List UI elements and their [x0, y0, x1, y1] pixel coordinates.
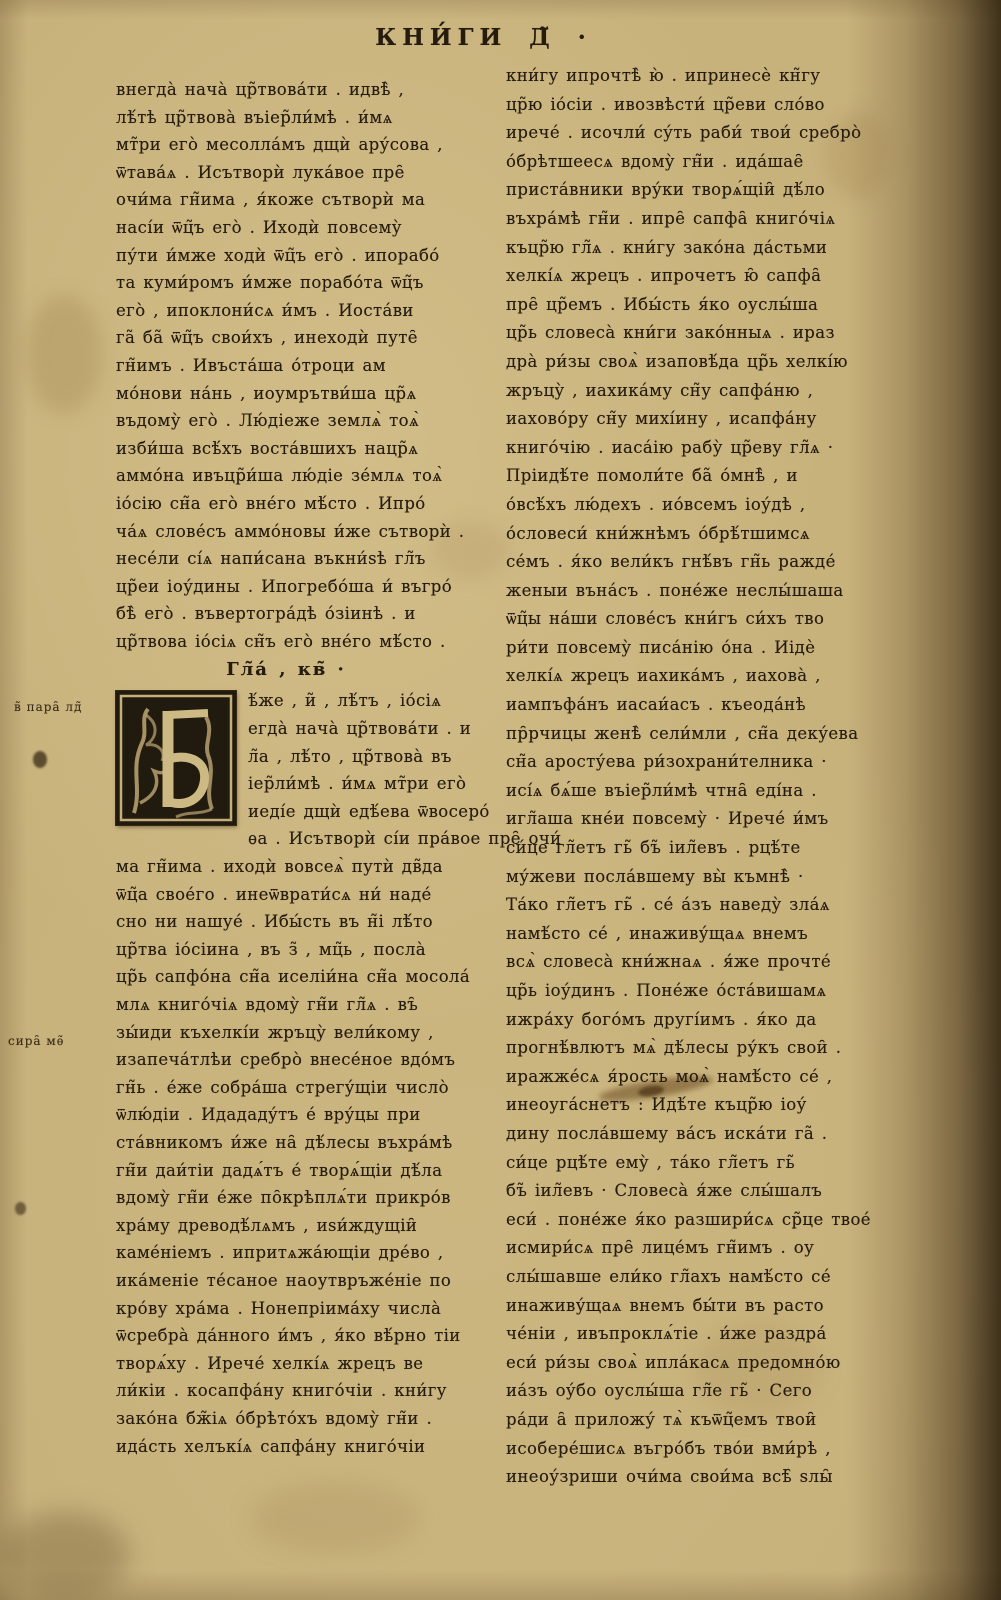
- text-line: зако́на бж̃іѧ о́брѣто́хъ вдому̀ гн̃и .: [116, 1405, 496, 1433]
- text-line: ѿц̃ы на́ши слове́съ кни́гъ си́хъ тво: [506, 605, 898, 634]
- text-line: му́жеви посла́вшему вы̀ къмнѣ̀ ·: [506, 863, 898, 892]
- text-line: игл̃аша кне́и повсему̀ · Ирече́ и́мъ: [506, 805, 898, 834]
- text-line: ли́кіи . косапфа́ну книго́чіи . кни́гу: [116, 1377, 496, 1405]
- paragraph-josiah-continued: ѳа . Исътворѝ сі́и пра́вое пре̑ очи́ма г…: [116, 825, 496, 1460]
- text-line: ча́ѧ слове́съ аммо́новы и́же сътворѝ .: [116, 518, 496, 546]
- text-line: женыи въна́съ . поне́же неслы́шаша: [506, 577, 898, 606]
- ink-spot: [33, 751, 47, 768]
- text-line: Пріидѣ́те помоли́те ба̃ о́мнѣ̀ , и: [506, 462, 898, 491]
- text-line: сно ни нашуе́ . Ибы́сть въ н̃і лѣ́то: [116, 908, 496, 936]
- text-line: хелкі́ѧ жрецъ иахика́мъ , иахова̀ ,: [506, 662, 898, 691]
- text-line: жръцу̀ , иахика́му сн̃у сапфа́ню ,: [506, 377, 898, 406]
- text-line: пре̑ цр̃емъ . Ибы́сть я́ко оуслы́ша: [506, 291, 898, 320]
- text-line: сн̃а аросту́ева ри́зохрани́телника ·: [506, 748, 898, 777]
- text-line: прогнѣ́влютъ мѧ̀ дѣ́лесы ру́къ свои̑ .: [506, 1034, 898, 1063]
- text-line: ѿтава́ѧ . Исътворѝ лука́вое пре̑: [116, 159, 496, 187]
- book-page: КНИ́ГИ Д̃ · в̃ пара̑ лд̃ сира̑ мѳ̃ внегд…: [0, 0, 1001, 1600]
- text-line: ста́вникомъ и́же на̑ дѣ́лесы въхра́мѣ: [116, 1129, 496, 1157]
- text-line: цр̃ь словеса̀ кни́ги зако́нныѧ . ираз: [506, 319, 898, 348]
- text-line: кни́гу ипрочтѣ̀ ю̀ . ипринесѐ кн̃гу: [506, 62, 898, 91]
- text-line: инаживу́щаѧ внемъ бы́ти въ расто: [506, 1292, 898, 1321]
- text-line: иампъфа́нъ иасаи́асъ . къеода́нѣ: [506, 691, 898, 720]
- text-line: исі́ѧ бѧ́ше въіер̃ли́мѣ чтна̑ еді́на .: [506, 777, 898, 806]
- text-line: цр̃ю іо́сіи . ивозвѣсти́ цр̃еви сло́во: [506, 91, 898, 120]
- chapter-opening: ѣ́же , и̃ , лѣ́тъ , іо́сіѧегда̀ нача̀ цр…: [116, 687, 496, 1460]
- text-line: гн̃имъ . Ивъста́ша о́троци ам: [116, 352, 496, 380]
- text-line: къцр̃ю гл̃ѧ . кни́гу зако́на да́стьми: [506, 234, 898, 263]
- text-line: исмири́сѧ пре̑ лице́мъ гн̃имъ . оу: [506, 1234, 898, 1263]
- text-line: его̀ , ипоклони́сѧ и́мъ . Иоста́ви: [116, 297, 496, 325]
- paragraph-amon: внегда̀ нача̀ цр̃твова́ти . идвѣ̀ ,лѣ́тѣ…: [116, 76, 496, 655]
- text-line: іо́сію сн̃а его̀ вне́го мѣ́сто . Ипро́: [116, 490, 496, 518]
- left-text-column: внегда̀ нача̀ цр̃твова́ти . идвѣ̀ ,лѣ́тѣ…: [116, 76, 496, 1460]
- text-line: мт̃ри его̀ месолла́мъ дщѝ ару́сова ,: [116, 131, 496, 159]
- text-line: цр̃ь іоу́динъ . Поне́же о́ста́вишамѧ: [506, 977, 898, 1006]
- text-line: инеоуга́снетъ : Идѣ́те къцр̃ю іоу́: [506, 1091, 898, 1120]
- text-line: кро́ву хра́ма . Нонепріима́ху числа̀: [116, 1295, 496, 1323]
- text-line: си́це рцѣ́те ему̀ , та́ко гл̃етъ гь̃: [506, 1149, 898, 1178]
- text-line: млѧ книго́чіѧ вдому̀ гн̃и гл̃ѧ . въ̑: [116, 991, 496, 1019]
- text-line: вдому̀ гн̃и е́же по̑крѣплѧ́ти прикро́в: [116, 1184, 496, 1212]
- text-line: ѿлю́діи . Идададу́тъ е́ вру́цы при: [116, 1101, 496, 1129]
- text-line: намѣ́сто се́ , инаживу́щаѧ внемъ: [506, 920, 898, 949]
- text-line: изби́ша всѣ́хъ воста́вшихъ нацр̃ѧ: [116, 435, 496, 463]
- text-line: та куми́ромъ и́мже порабо́та ѿц̃ъ: [116, 269, 496, 297]
- right-text-column: кни́гу ипрочтѣ̀ ю̀ . ипринесѐ кн̃гуцр̃ю …: [506, 62, 898, 1492]
- text-line: ида́сть хелъкі́ѧ сапфа́ну книго́чіи: [116, 1433, 496, 1461]
- text-line: о́брѣтшеесѧ вдому̀ гн̃и . ида́шае̑: [506, 148, 898, 177]
- text-line: пу́ти и́мже ходѝ ѿц̃ъ его̀ . ипорабо́: [116, 242, 496, 270]
- text-line: че́ніи , ивъпроклѧ́тіе . и́же раздра́: [506, 1320, 898, 1349]
- text-line: инеоу́зриши очи́ма свои́ма всѣ̑ ѕлы̑: [506, 1463, 898, 1492]
- text-line: си́це гл̃етъ гь̃ бъ̃ іил̃евъ . рцѣ́те: [506, 834, 898, 863]
- text-line: ѳа . Исътворѝ сі́и пра́вое пре̑ очи́: [116, 825, 496, 853]
- margin-note-paralipomenon: в̃ пара̑ лд̃: [14, 700, 82, 714]
- text-line: лѣ́тѣ цр̃твова̀ въіер̃ли́мѣ . и́мѧ: [116, 104, 496, 132]
- text-line: очи́ма гн̃има , я́коже сътворѝ ма: [116, 186, 496, 214]
- text-line: хелкі́ѧ жрецъ . ипрочетъ ю̑ сапфа̑: [506, 262, 898, 291]
- text-line: ма гн̃има . иходѝ вовсеѧ̀ путѝ дв̃да: [116, 853, 496, 881]
- text-line: иахово́ру сн̃у михі́ину , исапфа́ну: [506, 405, 898, 434]
- text-line: цр̃еи іоу́дины . Ипогребо́ша и́ въгро́: [116, 573, 496, 601]
- text-line: внегда̀ нача̀ цр̃твова́ти . идвѣ̀ ,: [116, 76, 496, 104]
- text-line: исобере́шисѧ въгро́бъ тво́и вми́рѣ ,: [506, 1435, 898, 1464]
- text-line: хра́му древодѣ́лѧмъ , иѕи́ждущіи̑: [116, 1212, 496, 1240]
- text-line: о́словеси́ кни́жнѣмъ о́брѣ́тшимсѧ: [506, 520, 898, 549]
- woodcut-letter-B-icon: [116, 691, 236, 825]
- text-line: слы́шавше ели́ко гл̃ахъ намѣ́сто се́: [506, 1263, 898, 1292]
- text-line: каме́ніемъ . ипритѧжа́ющіи дре́во ,: [116, 1239, 496, 1267]
- text-line: пр̑рчицы женѣ̀ сели́мли , сн̃а деку́ева: [506, 720, 898, 749]
- text-line: еси́ ри́зы своѧ̀ ипла́касѧ предомно́ю: [506, 1349, 898, 1378]
- text-line: ика́меніе те́саное наоутвръже́ніе по: [116, 1267, 496, 1295]
- text-line: цр̃тва іо́сіина , въ з̃ , мц̃ь , посла̀: [116, 936, 496, 964]
- text-line: иражже́сѧ я́рость моѧ̀ намѣ́сто се́ ,: [506, 1063, 898, 1092]
- text-line: Та́ко гл̃етъ гь̃ . се́ а́зъ наведу̀ зла́…: [506, 891, 898, 920]
- text-line: мо́нови на́нь , иоумрътви́ша цр̃ѧ: [116, 380, 496, 408]
- text-line: се́мъ . я́ко вели́къ гнѣ́въ гн̃ь ражде́: [506, 548, 898, 577]
- text-line: гн̃и даи́тіи дадѧ́тъ е́ творѧ́щіи дѣ́ла: [116, 1157, 496, 1185]
- text-line: гн̃ь . е́же собра́ша стрегу́щіи число̀: [116, 1074, 496, 1102]
- text-line: книго́чію . иаса́ію рабу̀ цр̃еву гл̃ѧ ·: [506, 434, 898, 463]
- paper-blotch: [250, 1482, 420, 1554]
- text-line: бѣ̀ его̀ . въвертогра́дѣ о́зіинѣ . и: [116, 600, 496, 628]
- text-line: еси́ . поне́же я́ко разшири́сѧ ср̃це тво…: [506, 1206, 898, 1235]
- paragraph-book-of-law: кни́гу ипрочтѣ̀ ю̀ . ипринесѐ кн̃гуцр̃ю …: [506, 62, 898, 1492]
- text-line: несе́ли сі́ѧ напи́сана въкни́ѕѣ гл̃ъ: [116, 545, 496, 573]
- text-line: въдому̀ его̀ . Лю́діеже землѧ̀ тоѧ̀: [116, 407, 496, 435]
- text-line: ра́ди а̑ приложу́ тѧ̀ къѿц̃емъ твои̑: [506, 1406, 898, 1435]
- text-line: о́всѣ́хъ лю́дехъ . ио́всемъ іоу́дѣ ,: [506, 491, 898, 520]
- text-line: ѿц̃а свое́го . инеѿврати́сѧ ни́ наде́: [116, 881, 496, 909]
- text-line: ирече́ . исочли́ су́ть раби́ твои́ сребр…: [506, 119, 898, 148]
- paper-blotch: [0, 1512, 130, 1598]
- paper-blotch: [26, 295, 102, 413]
- text-line: ѿсребра̀ да́нного и́мъ , я́ко вѣ́рно тіи: [116, 1322, 496, 1350]
- initial-letter-woodcut: [116, 691, 236, 825]
- text-line: приста́вники вру́ки творѧ́щіи̑ дѣ́ло: [506, 176, 898, 205]
- ink-spot: [15, 1202, 26, 1215]
- text-line: бъ̃ іил̃евъ · Словеса̀ я́же слы́шалъ: [506, 1177, 898, 1206]
- text-line: зы́иди къхелкі́и жръцу̀ вели́кому ,: [116, 1019, 496, 1047]
- running-title: КНИ́ГИ Д̃ ·: [0, 24, 1001, 51]
- chapter-heading: Гл̃а́ , кв̃ ·: [116, 657, 456, 683]
- text-line: цр̃ь сапфо́на сн̃а иселіи́на сн̃а мосола…: [116, 963, 496, 991]
- text-line: цр̃твова іо́сіѧ сн̃ъ его̀ вне́го мѣ́сто …: [116, 628, 496, 656]
- text-line: ри́ти повсему̀ писа́нію о́на . Иідѐ: [506, 634, 898, 663]
- text-line: всѧ̀ словеса̀ кни́жнаѧ . я́же прочте́: [506, 948, 898, 977]
- text-line: изапеча́тлѣи сребро̀ внесе́ное вдо́мъ: [116, 1046, 496, 1074]
- text-line: въхра́мѣ гн̃и . ипре̑ сапфа̑ книго́чіѧ: [506, 205, 898, 234]
- text-line: насі́и ѿц̃ъ его̀ . Иходѝ повсему̀: [116, 214, 496, 242]
- text-line: творѧ́ху . Ирече́ хелкі́ѧ жрецъ ве: [116, 1350, 496, 1378]
- text-line: дра̀ ри́зы своѧ̀ изаповѣ́да цр̃ь хелкі́ю: [506, 348, 898, 377]
- margin-note-sirach: сира̑ мѳ̃: [8, 1034, 64, 1048]
- text-line: дину посла́вшему ва́съ иска́ти га̃ .: [506, 1120, 898, 1149]
- text-line: ижра́ху бого́мъ другі́имъ . я́ко да: [506, 1006, 898, 1035]
- text-line: га̃ ба̃ ѿц̃ъ свои́хъ , инеходѝ путе̑: [116, 324, 496, 352]
- text-line: аммо́на ивъцр̃и́ша лю́діе зе́млѧ тоѧ̀: [116, 462, 496, 490]
- text-line: иа́зъ оу́бо оуслы́ша гл̃е гь̃ · Сего: [506, 1377, 898, 1406]
